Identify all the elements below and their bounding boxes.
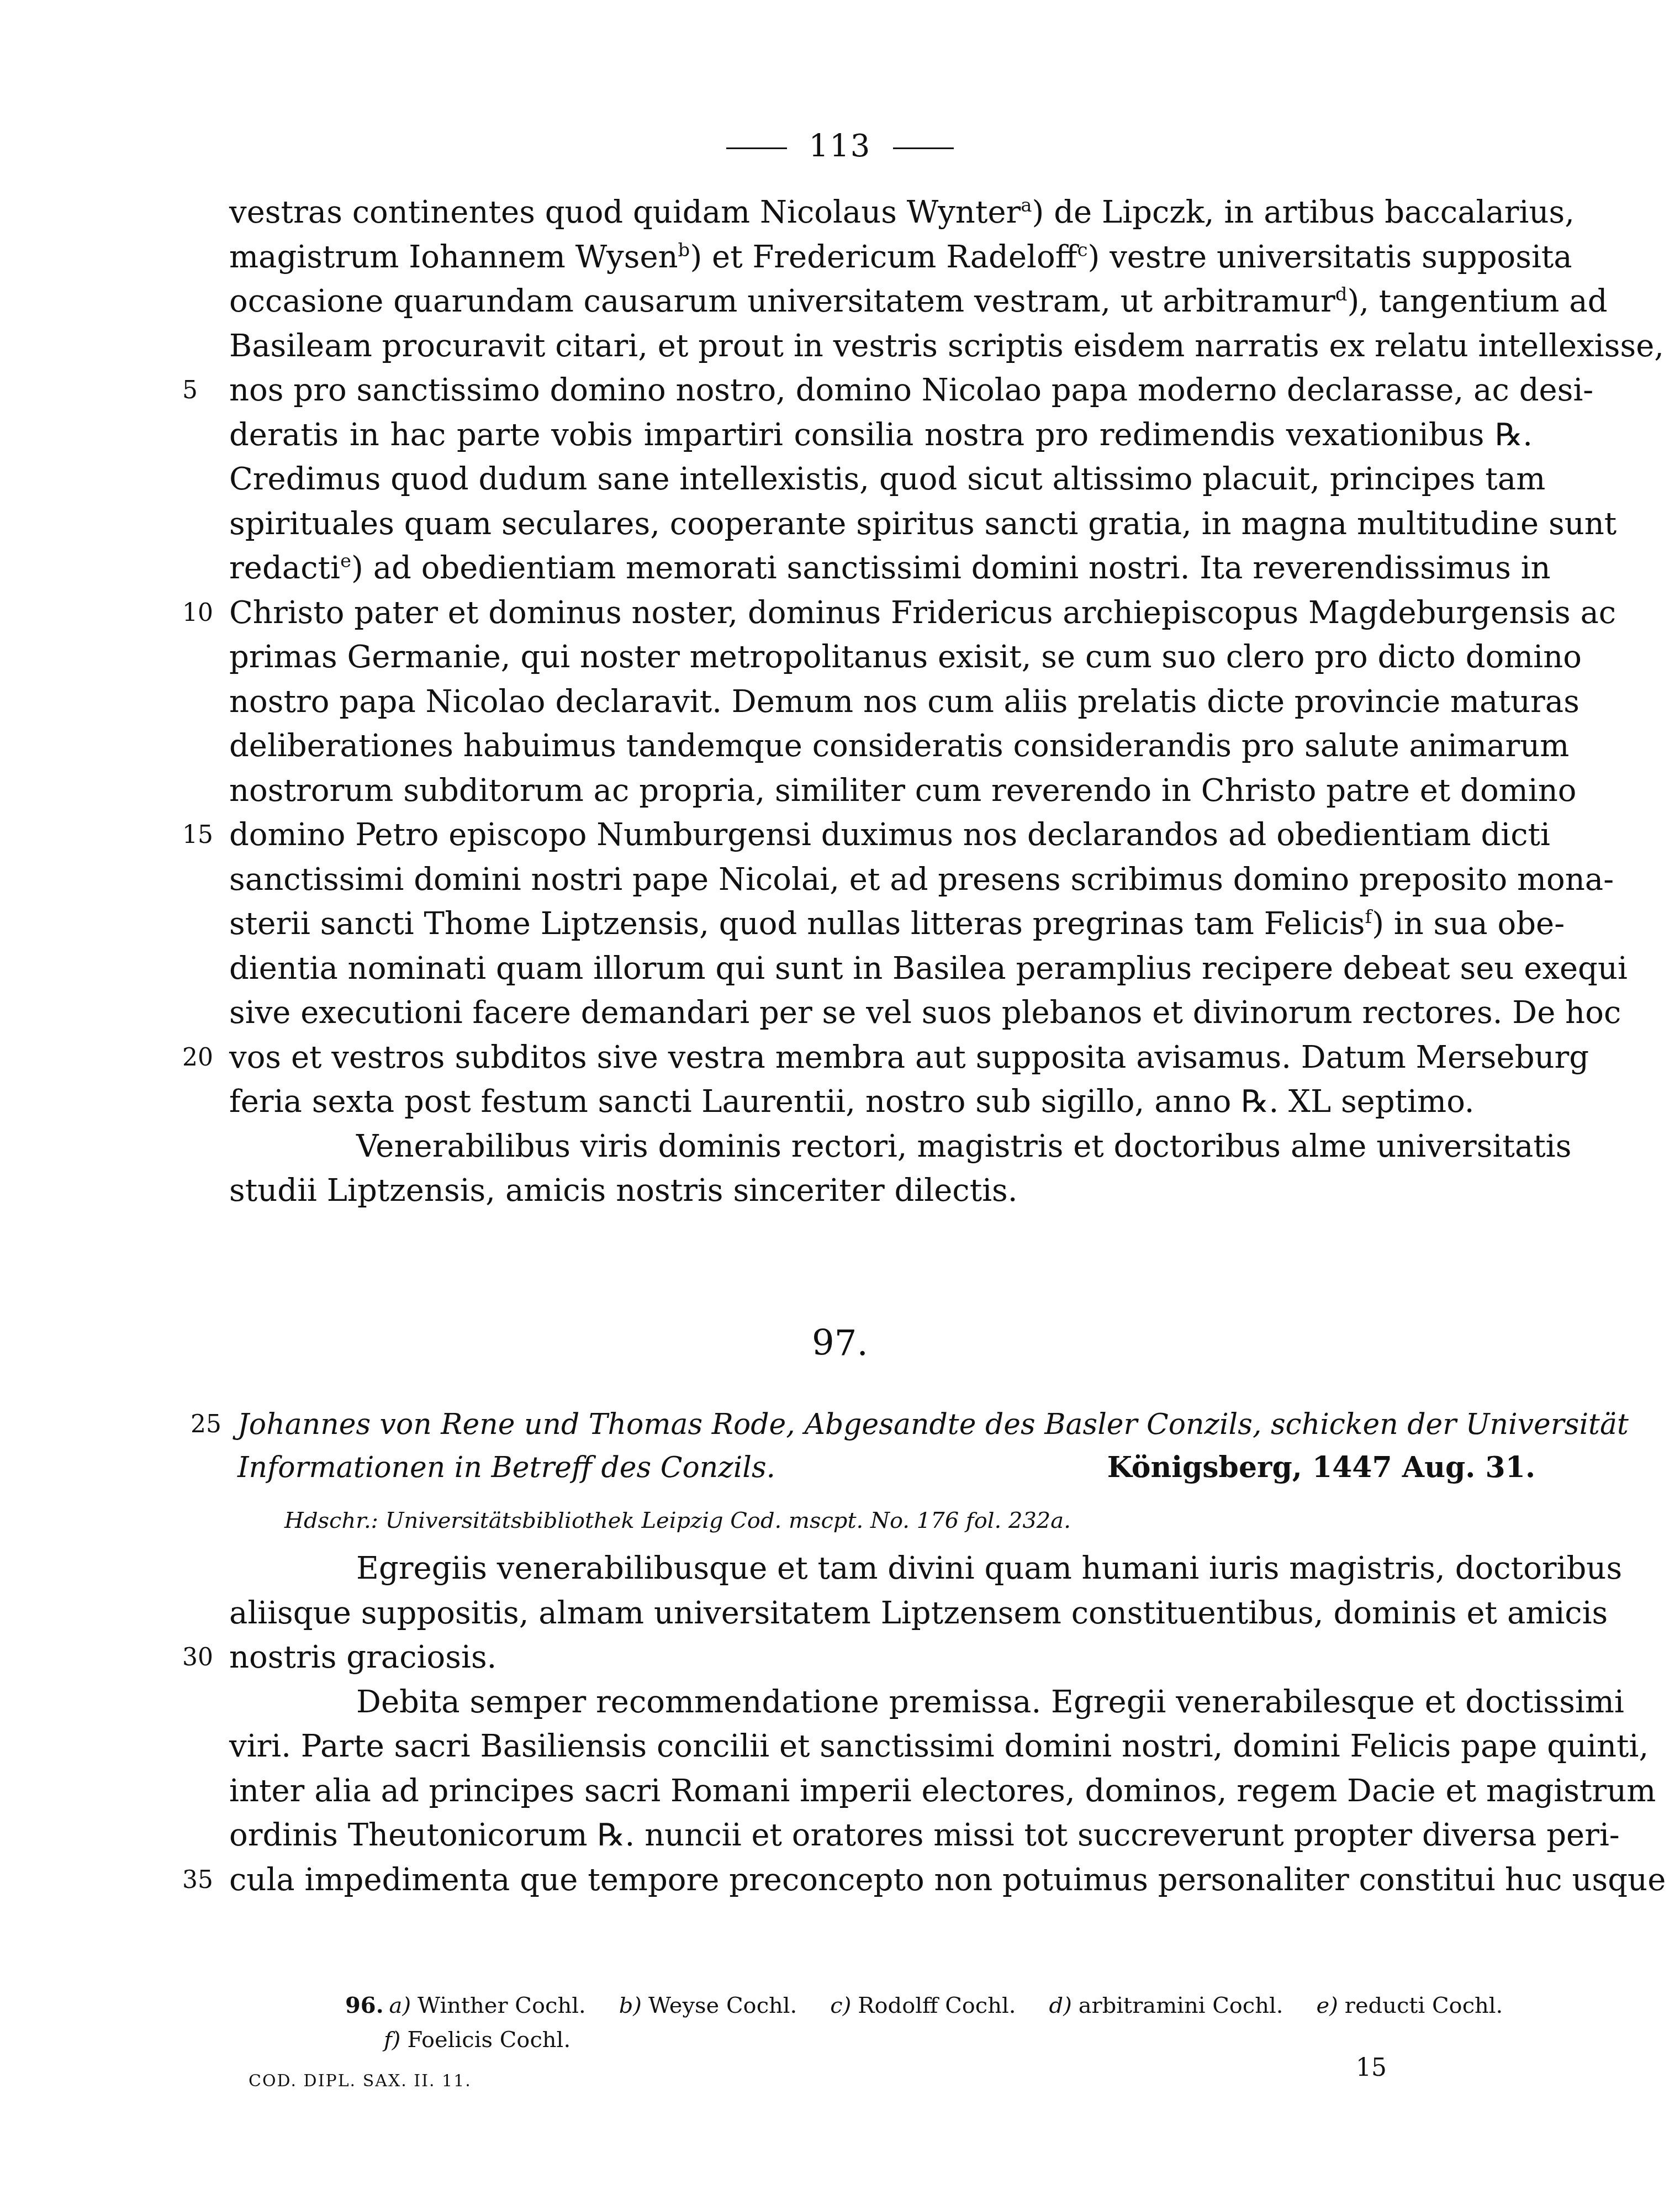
line-text: Venerabilibus viris dominis rectori, mag… bbox=[356, 1128, 1572, 1164]
text-line: Basileam procuravit citari, et prout in … bbox=[229, 324, 1533, 369]
line-text: sive executioni facere demandari per se … bbox=[229, 995, 1621, 1031]
line-text: ) de Lipczk, in artibus baccalarius, bbox=[1032, 194, 1575, 230]
text-line: spirituales quam seculares, cooperante s… bbox=[229, 502, 1533, 547]
line-text: occasione quarundam causarum universitat… bbox=[229, 283, 1335, 319]
text-line: 30nostris graciosis. bbox=[229, 1636, 1533, 1680]
text-line: dientia nominati quam illorum qui sunt i… bbox=[229, 947, 1533, 991]
footnote-mark: f) bbox=[384, 2027, 400, 2053]
text-line: sive executioni facere demandari per se … bbox=[229, 991, 1533, 1036]
line-text: sanctissimi domini nostri pape Nicolai, … bbox=[229, 862, 1614, 898]
page-number: 113 bbox=[809, 128, 871, 164]
line-text: studii Liptzensis, amicis nostris sincer… bbox=[229, 1173, 1018, 1209]
footnotes: 96.a)Winther Cochl.b)Weyse Cochl.c)Rodol… bbox=[345, 1988, 1538, 2057]
text-line: Debita semper recommendatione premissa. … bbox=[229, 1680, 1533, 1725]
place-date: Königsberg, 1447 Aug. 31. bbox=[1107, 1446, 1535, 1489]
line-number: 35 bbox=[182, 1858, 221, 1903]
text-line: deliberationes habuimus tandemque consid… bbox=[229, 724, 1533, 769]
text-line: deratis in hac parte vobis impartiri con… bbox=[229, 413, 1533, 458]
text-line: Egregiis venerabilibusque et tam divini … bbox=[229, 1547, 1533, 1591]
line-number: 25 bbox=[191, 1403, 229, 1446]
footnote-marker[interactable]: c bbox=[1077, 239, 1087, 261]
footnote-mark: c) bbox=[830, 1993, 851, 2018]
footnote-mark: a) bbox=[389, 1993, 411, 2018]
footnote-mark: b) bbox=[619, 1993, 642, 2018]
footnote-text: Foelicis Cochl. bbox=[407, 2027, 570, 2053]
line-text: magistrum Iohannem Wysen bbox=[229, 239, 678, 275]
line-text: deratis in hac parte vobis impartiri con… bbox=[229, 417, 1533, 453]
text-line: primas Germanie, qui noster metropolitan… bbox=[229, 635, 1533, 680]
line-text: nostris graciosis. bbox=[229, 1639, 496, 1675]
line-text: nostrorum subditorum ac propria, similit… bbox=[229, 773, 1576, 809]
text-line: Credimus quod dudum sane intellexistis, … bbox=[229, 457, 1533, 502]
line-text: ) vestre universitatis supposita bbox=[1088, 239, 1572, 275]
line-text: inter alia ad principes sacri Romani imp… bbox=[229, 1773, 1656, 1809]
line-text: vestras continentes quod quidam Nicolaus… bbox=[229, 194, 1021, 230]
text-line: inter alia ad principes sacri Romani imp… bbox=[229, 1769, 1533, 1814]
line-text: cula impedimenta que tempore preconcepto… bbox=[229, 1862, 1666, 1898]
line-text: feria sexta post festum sancti Laurentii… bbox=[229, 1084, 1475, 1120]
line-text: vos et vestros subditos sive vestra memb… bbox=[229, 1040, 1589, 1075]
text-line: ordinis Theutonicorum ℞. nuncii et orato… bbox=[229, 1813, 1533, 1858]
signature-mark: COD. DIPL. SAX. II. 11. bbox=[249, 2071, 472, 2091]
line-text: nostro papa Nicolao declaravit. Demum no… bbox=[229, 684, 1579, 720]
regest-line: Informationen in Betreff des Conzils. Kö… bbox=[237, 1446, 1535, 1489]
text-line: sterii sancti Thome Liptzensis, quod nul… bbox=[229, 902, 1533, 947]
line-text: domino Petro episcopo Numburgensi duximu… bbox=[229, 817, 1550, 853]
line-text: dientia nominati quam illorum qui sunt i… bbox=[229, 951, 1628, 987]
line-text: ordinis Theutonicorum ℞. nuncii et orato… bbox=[229, 1817, 1620, 1853]
footnote-mark: e) bbox=[1317, 1993, 1338, 2018]
line-text: ) et Fredericum Radeloff bbox=[690, 239, 1077, 275]
text-line: nostro papa Nicolao declaravit. Demum no… bbox=[229, 680, 1533, 725]
text-line: viri. Parte sacri Basiliensis concilii e… bbox=[229, 1724, 1533, 1769]
text-line: feria sexta post festum sancti Laurentii… bbox=[229, 1080, 1533, 1125]
line-text: ), tangentium ad bbox=[1347, 283, 1607, 319]
line-text: Christo pater et dominus noster, dominus… bbox=[229, 595, 1616, 631]
line-text: deliberationes habuimus tandemque consid… bbox=[229, 728, 1569, 764]
line-text: aliisque suppositis, almam universitatem… bbox=[229, 1595, 1608, 1631]
line-text: redacti bbox=[229, 550, 340, 586]
footnote-marker[interactable]: b bbox=[678, 239, 690, 261]
line-number: 10 bbox=[182, 591, 221, 636]
line-text: primas Germanie, qui noster metropolitan… bbox=[229, 639, 1582, 675]
document-number-97: 97. bbox=[0, 1323, 1680, 1364]
regest-line: 25 Johannes von Rene und Thomas Rode, Ab… bbox=[237, 1403, 1535, 1446]
text-line: 35cula impedimenta que tempore preconcep… bbox=[229, 1858, 1533, 1903]
line-number: 30 bbox=[182, 1636, 221, 1680]
line-text: spirituales quam seculares, cooperante s… bbox=[229, 506, 1616, 542]
header-dash-right bbox=[893, 147, 954, 149]
footnote-text: Winther Cochl. bbox=[418, 1993, 586, 2018]
line-text: Egregiis venerabilibusque et tam divini … bbox=[356, 1550, 1622, 1586]
text-line: studii Liptzensis, amicis nostris sincer… bbox=[229, 1169, 1533, 1214]
text-line: nostrorum subditorum ac propria, similit… bbox=[229, 769, 1533, 814]
line-number: 15 bbox=[182, 813, 221, 858]
line-text: viri. Parte sacri Basiliensis concilii e… bbox=[229, 1728, 1649, 1764]
manuscript-source: Hdschr.: Universitätsbibliothek Leipzig … bbox=[284, 1508, 1071, 1533]
line-text: Credimus quod dudum sane intellexistis, … bbox=[229, 461, 1545, 497]
line-text: Basileam procuravit citari, et prout in … bbox=[229, 328, 1664, 364]
text-line: sanctissimi domini nostri pape Nicolai, … bbox=[229, 858, 1533, 903]
line-text: ) ad obedientiam memorati sanctissimi do… bbox=[351, 550, 1551, 586]
line-text: nos pro sanctissimo domino nostro, domin… bbox=[229, 372, 1593, 408]
footnote-text: Weyse Cochl. bbox=[648, 1993, 797, 2018]
document-97-regest: 25 Johannes von Rene und Thomas Rode, Ab… bbox=[237, 1403, 1535, 1489]
line-number: 20 bbox=[182, 1036, 221, 1080]
text-line: 15domino Petro episcopo Numburgensi duxi… bbox=[229, 813, 1533, 858]
text-line: 5nos pro sanctissimo domino nostro, domi… bbox=[229, 368, 1533, 413]
sheet-number: 15 bbox=[1356, 2054, 1387, 2082]
footnote-text: arbitramini Cochl. bbox=[1079, 1993, 1283, 2018]
footnote-doc-ref: 96. bbox=[345, 1992, 384, 2018]
footnote-marker[interactable]: f bbox=[1365, 906, 1372, 928]
text-line: 10Christo pater et dominus noster, domin… bbox=[229, 591, 1533, 636]
text-line: vestras continentes quod quidam Nicolaus… bbox=[229, 191, 1533, 235]
line-text: sterii sancti Thome Liptzensis, quod nul… bbox=[229, 906, 1365, 942]
line-text: Debita semper recommendatione premissa. … bbox=[356, 1684, 1624, 1720]
regest-text: Informationen in Betreff des Conzils. bbox=[237, 1451, 775, 1484]
page-header: 113 bbox=[0, 128, 1680, 164]
footnote-marker[interactable]: d bbox=[1335, 283, 1348, 305]
regest-text: Johannes von Rene und Thomas Rode, Abges… bbox=[237, 1408, 1629, 1441]
text-line: occasione quarundam causarum universitat… bbox=[229, 279, 1533, 324]
footnote-marker[interactable]: a bbox=[1021, 194, 1032, 217]
header-dash-left bbox=[726, 147, 787, 149]
text-line: magistrum Iohannem Wysenb) et Fredericum… bbox=[229, 235, 1533, 280]
footnote-line: 96.a)Winther Cochl.b)Weyse Cochl.c)Rodol… bbox=[345, 1988, 1538, 2023]
text-line: aliisque suppositis, almam universitatem… bbox=[229, 1591, 1533, 1636]
line-text: ) in sua obe- bbox=[1372, 906, 1565, 942]
text-line: 20vos et vestros subditos sive vestra me… bbox=[229, 1036, 1533, 1080]
footnote-marker[interactable]: e bbox=[340, 550, 351, 572]
footnote-mark: d) bbox=[1049, 1993, 1072, 2018]
footnote-line: f)Foelicis Cochl. bbox=[345, 2023, 1538, 2057]
document-96-body: vestras continentes quod quidam Nicolaus… bbox=[229, 191, 1533, 1214]
line-number: 5 bbox=[182, 368, 221, 413]
text-line: redactie) ad obedientiam memorati sancti… bbox=[229, 546, 1533, 591]
footnote-text: reducti Cochl. bbox=[1345, 1993, 1503, 2018]
footnote-text: Rodolff Cochl. bbox=[858, 1993, 1016, 2018]
text-line: Venerabilibus viris dominis rectori, mag… bbox=[229, 1125, 1533, 1169]
document-97-body: Egregiis venerabilibusque et tam divini … bbox=[229, 1547, 1533, 1902]
